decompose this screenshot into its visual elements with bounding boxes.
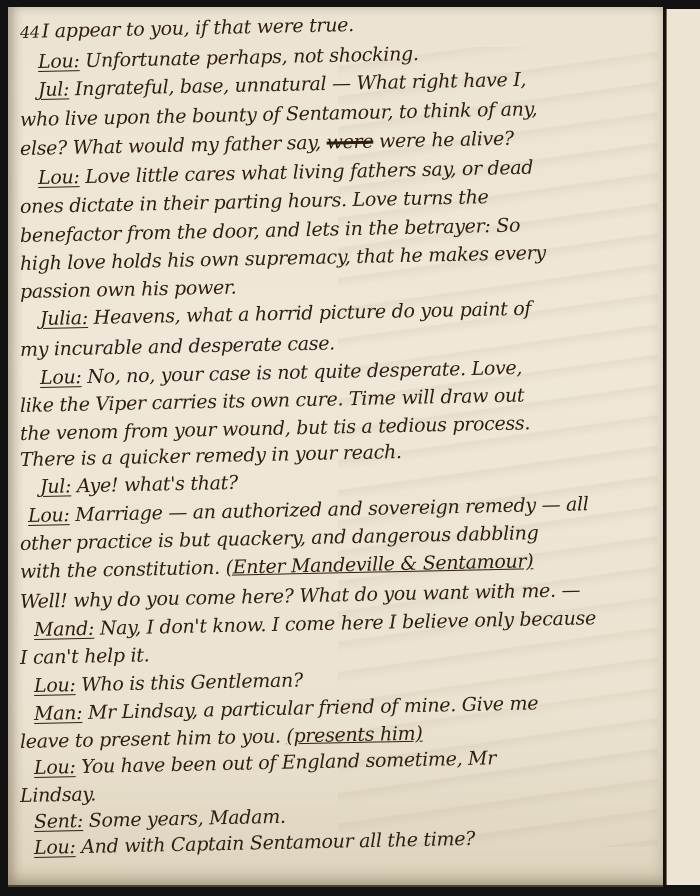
speaker-label: Lou: (40, 366, 82, 389)
speaker-label: Mand: (34, 618, 95, 641)
text-line: Jul: Ingrateful, base, unnatural — What … (38, 69, 527, 101)
speaker-label: Jul: (40, 475, 72, 498)
text-line: leave to present him to you. (presents h… (20, 723, 423, 753)
speaker-label: Man: (34, 702, 83, 725)
text-line: like the Viper carries its own cure. Tim… (20, 384, 525, 417)
text-line: Lou: Love little cares what living fathe… (38, 157, 534, 189)
manuscript-page: 44I appear to you, if that were true. Lo… (8, 7, 663, 887)
text-line: passion own his power. (20, 276, 237, 303)
text-line: There is a quicker remedy in your reach. (20, 441, 402, 471)
speaker-label: Lou: (34, 756, 76, 779)
adjacent-page-edge (666, 9, 700, 885)
text-line: my incurable and desperate case. (20, 332, 335, 361)
text-line: Jul: Aye! what's that? (40, 472, 238, 498)
text-line: Sent: Some years, Madam. (34, 806, 286, 833)
speaker-label: Lou: (34, 836, 76, 859)
page-number: 44 (20, 23, 40, 42)
text-line: Lou: And with Captain Sentamour all the … (34, 828, 475, 859)
struck-word: were (326, 131, 373, 154)
text-line: with the constitution. (Enter Mandeville… (20, 550, 534, 583)
speaker-label: Lou: (34, 674, 76, 697)
text-line: Well! why do you come here? What do you … (20, 579, 581, 613)
speaker-label: Sent: (34, 810, 83, 833)
text-line: I can't help it. (20, 644, 150, 669)
text-line: Mand: Nay, I don't know. I come here I b… (34, 607, 596, 641)
speaker-label: Lou: (38, 166, 80, 189)
text-line: Lou: You have been out of England someti… (34, 747, 496, 779)
speaker-label: Julia: (40, 307, 88, 330)
text-line: 44I appear to you, if that were true. (20, 14, 354, 43)
text-line: who live upon the bounty of Sentamour, t… (20, 98, 538, 131)
text-line: Lou: Unfortunate perhaps, not shocking. (38, 43, 419, 73)
text-line: benefactor from the door, and lets in th… (20, 215, 521, 247)
stage-direction: (presents him) (286, 723, 423, 748)
text-line: Lindsay. (20, 783, 96, 807)
text-line: else? What would my father say, were wer… (20, 128, 514, 160)
speaker-label: Lou: (28, 504, 70, 527)
text-line: ones dictate in their parting hours. Lov… (20, 186, 489, 218)
text-line: Lou: No, no, your case is not quite desp… (40, 357, 523, 389)
text-line: high love holds his own supremacy, that … (20, 242, 546, 275)
speaker-label: Jul: (38, 78, 70, 101)
text-line: other practice is but quackery, and dang… (20, 522, 539, 555)
text-line: Lou: Who is this Gentleman? (34, 669, 303, 697)
text-line: the venom from your wound, but tis a ted… (20, 412, 531, 445)
speaker-label: Lou: (38, 50, 80, 73)
text-line: Man: Mr Lindsay, a particular friend of … (34, 692, 539, 725)
stage-direction: (Enter Mandeville & Sentamour) (225, 550, 533, 578)
manuscript-scan: 44I appear to you, if that were true. Lo… (0, 0, 700, 896)
text-line: Julia: Heavens, what a horrid picture do… (40, 298, 532, 330)
